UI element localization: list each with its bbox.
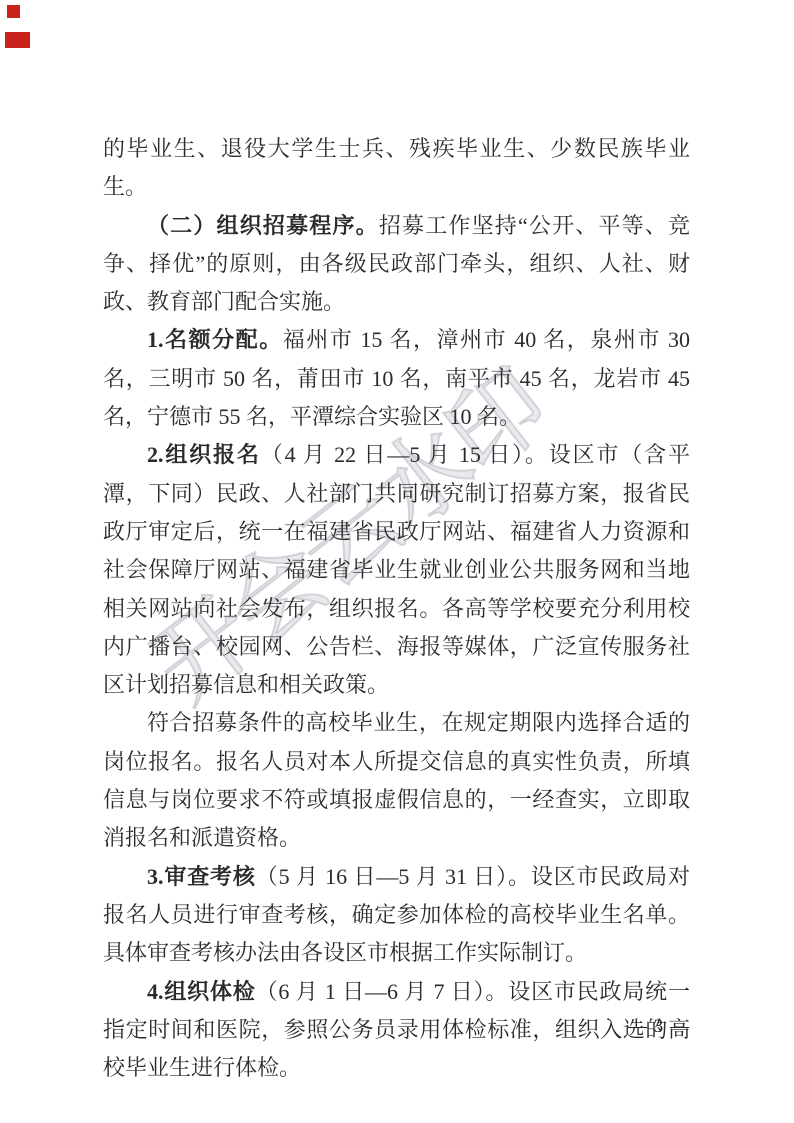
paragraph-heading: 2.组织报名 [147, 442, 261, 467]
paragraph-heading: 4.组织体检 [147, 979, 256, 1004]
paragraph-heading: 1.名额分配。 [147, 327, 283, 352]
paragraph: （二）组织招募程序。招募工作坚持“公开、平等、竞争、择优”的原则，由各级民政部门… [103, 207, 690, 322]
paragraph-heading: （二）组织招募程序。 [147, 213, 379, 238]
red-stamp-artifact-1 [7, 5, 20, 18]
page-number: — 3 — [103, 1016, 690, 1038]
paragraph-heading: 3.审查考核 [147, 864, 256, 889]
paragraph-text: 符合招募条件的高校毕业生，在规定期限内选择合适的岗位报名。报名人员对本人所提交信… [103, 710, 690, 850]
paragraph: 3.审查考核（5 月 16 日—5 月 31 日）。设区市民政局对报名人员进行审… [103, 858, 690, 973]
paragraph-text: 的毕业生、退役大学生士兵、残疾毕业生、少数民族毕业生。 [103, 136, 690, 199]
red-stamp-artifact-2 [5, 32, 30, 48]
paragraph: 符合招募条件的高校毕业生，在规定期限内选择合适的岗位报名。报名人员对本人所提交信… [103, 704, 690, 857]
document-body: 的毕业生、退役大学生士兵、残疾毕业生、少数民族毕业生。（二）组织招募程序。招募工… [103, 130, 690, 1087]
paragraph: 1.名额分配。福州市 15 名，漳州市 40 名，泉州市 30 名，三明市 50… [103, 321, 690, 436]
document-page: 开会云水印 的毕业生、退役大学生士兵、残疾毕业生、少数民族毕业生。（二）组织招募… [0, 0, 794, 1123]
paragraph: 的毕业生、退役大学生士兵、残疾毕业生、少数民族毕业生。 [103, 130, 690, 207]
paragraph-text: （4 月 22 日—5 月 15 日）。设区市（含平潭，下同）民政、人社部门共同… [103, 442, 690, 697]
paragraph: 2.组织报名（4 月 22 日—5 月 15 日）。设区市（含平潭，下同）民政、… [103, 436, 690, 704]
